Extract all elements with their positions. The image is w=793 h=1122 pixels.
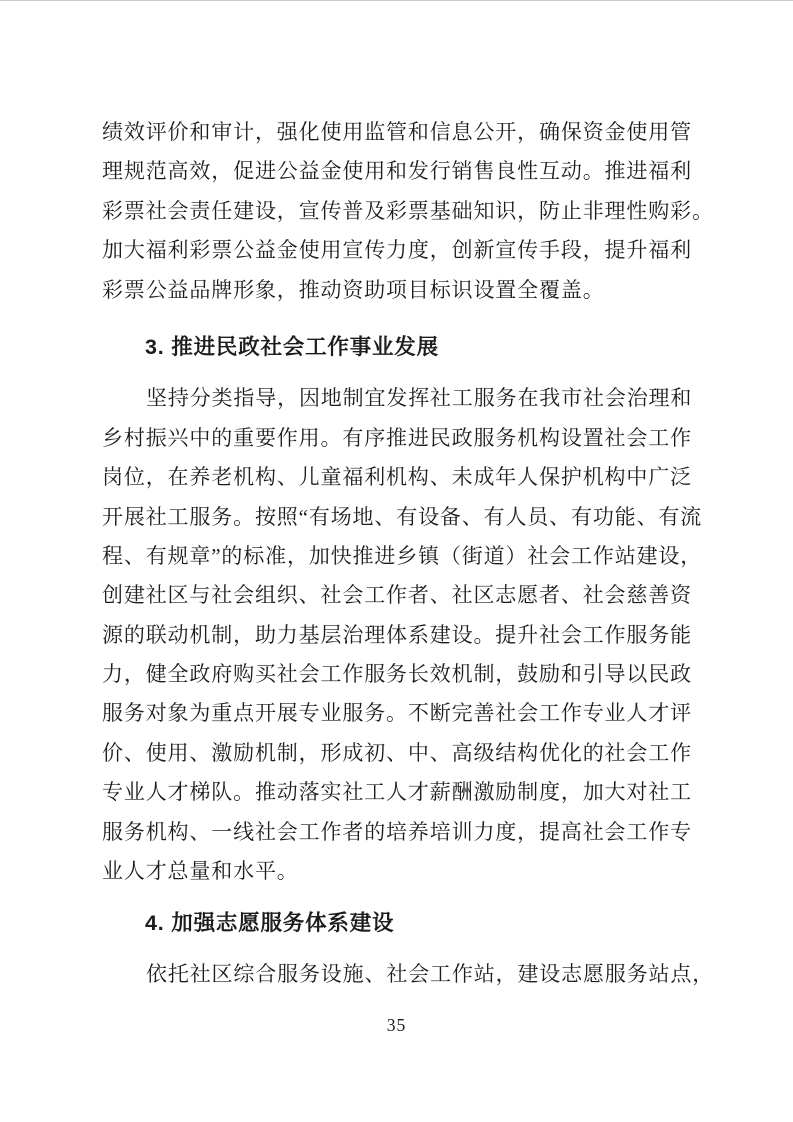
document-content: 绩效评价和审计，强化使用监管和信息公开，确保资金使用管理规范高效，促进公益金使用… <box>102 113 693 994</box>
text-line: 专业人才梯队。推动落实社工人才薪酬激励制度，加大对社工 <box>102 773 693 812</box>
paragraph-volunteer-service: 依托社区综合服务设施、社会工作站，建设志愿服务站点， <box>102 955 693 994</box>
text-line: 彩票公益品牌形象，推动资助项目标识设置全覆盖。 <box>102 271 693 310</box>
text-line: 理规范高效，促进公益金使用和发行销售良性互动。推进福利 <box>102 152 693 191</box>
text-line: 价、使用、激励机制，形成初、中、高级结构优化的社会工作 <box>102 734 693 773</box>
section-heading-3: 3. 推进民政社会工作事业发展 <box>102 328 693 367</box>
text-line: 开展社工服务。按照“有场地、有设备、有人员、有功能、有流 <box>102 498 693 537</box>
text-line: 绩效评价和审计，强化使用监管和信息公开，确保资金使用管 <box>102 113 693 152</box>
document-page: 绩效评价和审计，强化使用监管和信息公开，确保资金使用管理规范高效，促进公益金使用… <box>0 0 793 1122</box>
page-number: 35 <box>0 1013 793 1037</box>
text-line: 坚持分类指导，因地制宜发挥社工服务在我市社会治理和 <box>102 379 693 418</box>
text-line: 彩票社会责任建设，宣传普及彩票基础知识，防止非理性购彩。 <box>102 192 693 231</box>
section-heading-4: 4. 加强志愿服务体系建设 <box>102 904 693 943</box>
paragraph-social-work: 坚持分类指导，因地制宜发挥社工服务在我市社会治理和乡村振兴中的重要作用。有序推进… <box>102 379 693 891</box>
text-line: 加大福利彩票公益金使用宣传力度，创新宣传手段，提升福利 <box>102 231 693 270</box>
text-line: 岗位，在养老机构、儿童福利机构、未成年人保护机构中广泛 <box>102 458 693 497</box>
text-line: 乡村振兴中的重要作用。有序推进民政服务机构设置社会工作 <box>102 419 693 458</box>
text-line: 程、有规章”的标准，加快推进乡镇（街道）社会工作站建设， <box>102 537 693 576</box>
text-line: 源的联动机制，助力基层治理体系建设。提升社会工作服务能 <box>102 616 693 655</box>
text-line: 服务机构、一线社会工作者的培养培训力度，提高社会工作专 <box>102 813 693 852</box>
text-line: 力，健全政府购买社会工作服务长效机制，鼓励和引导以民政 <box>102 655 693 694</box>
text-line: 业人才总量和水平。 <box>102 852 693 891</box>
paragraph-welfare-lottery: 绩效评价和审计，强化使用监管和信息公开，确保资金使用管理规范高效，促进公益金使用… <box>102 113 693 310</box>
text-line: 创建社区与社会组织、社会工作者、社区志愿者、社会慈善资 <box>102 576 693 615</box>
text-line: 服务对象为重点开展专业服务。不断完善社会工作专业人才评 <box>102 694 693 733</box>
text-line: 依托社区综合服务设施、社会工作站，建设志愿服务站点， <box>102 955 693 994</box>
